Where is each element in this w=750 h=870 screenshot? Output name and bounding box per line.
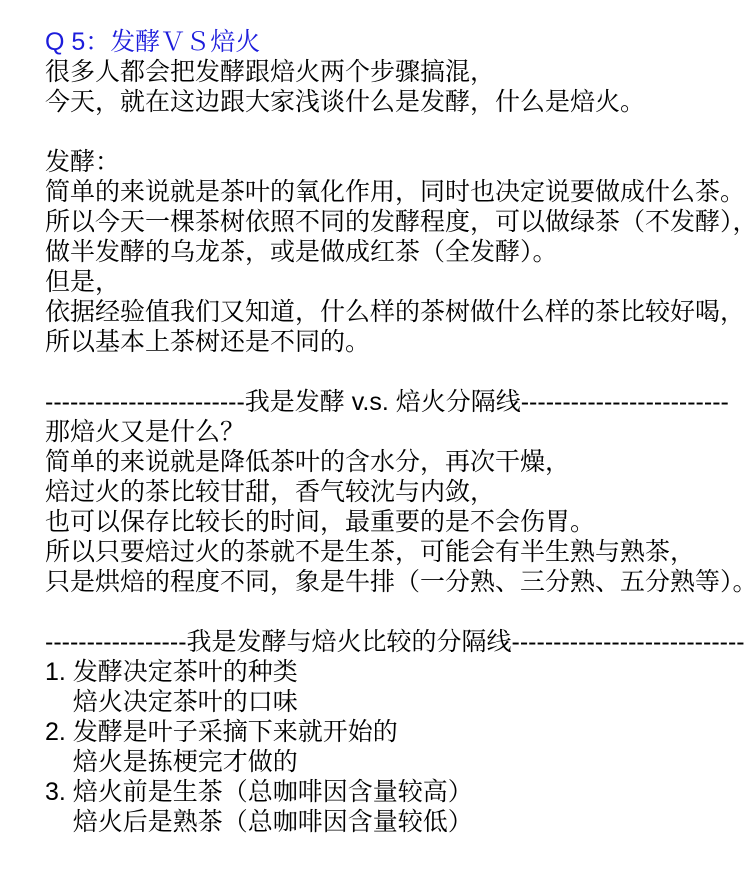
list-item-continuation: 焙火决定茶叶的口味: [45, 687, 746, 717]
list-item-continuation: 焙火后是熟茶（总咖啡因含量较低）: [45, 807, 746, 837]
list-item: 3. 焙火前是生茶（总咖啡因含量较高）: [45, 777, 746, 807]
question-title: Q 5：发酵ＶＳ焙火: [45, 27, 746, 57]
body-line: 焙过火的茶比较甘甜，香气较沈与内敛，: [45, 477, 746, 507]
spacer: [45, 597, 746, 627]
spacer: [45, 117, 746, 147]
body-line: 简单的来说就是降低茶叶的含水分，再次干燥，: [45, 447, 746, 477]
body-line: 做半发酵的乌龙茶，或是做成红茶（全发酵）。: [45, 237, 746, 267]
body-line: 也可以保存比较长的时间，最重要的是不会伤胃。: [45, 507, 746, 537]
body-line: 只是烘焙的程度不同，象是牛排（一分熟、三分熟、五分熟等）。: [45, 567, 746, 597]
body-line: 那焙火又是什么？: [45, 417, 746, 447]
body-line: 依据经验值我们又知道，什么样的茶树做什么样的茶比较好喝，: [45, 297, 746, 327]
body-line: 所以只要焙过火的茶就不是生茶，可能会有半生熟与熟茶，: [45, 537, 746, 567]
fermentation-heading: 发酵：: [45, 147, 746, 177]
list-item: 2. 发酵是叶子采摘下来就开始的: [45, 717, 746, 747]
body-line: 所以基本上茶树还是不同的。: [45, 327, 746, 357]
article: Q 5：发酵ＶＳ焙火 很多人都会把发酵跟焙火两个步骤搞混， 今天，就在这边跟大家…: [0, 0, 750, 870]
divider-comparison: -----------------我是发酵与焙火比较的分隔线----------…: [45, 627, 746, 657]
spacer: [45, 357, 746, 387]
list-item-continuation: 焙火是拣梗完才做的: [45, 747, 746, 777]
intro-line: 很多人都会把发酵跟焙火两个步骤搞混，: [45, 57, 746, 87]
body-line: 简单的来说就是茶叶的氧化作用，同时也决定说要做成什么茶。: [45, 177, 746, 207]
divider-fermentation-vs-roasting: ------------------------我是发酵 v.s. 焙火分隔线-…: [45, 387, 746, 417]
intro-line: 今天，就在这边跟大家浅谈什么是发酵，什么是焙火。: [45, 87, 746, 117]
body-line: 但是，: [45, 267, 746, 297]
body-line: 所以今天一棵茶树依照不同的发酵程度，可以做绿茶（不发酵），: [45, 207, 746, 237]
list-item: 1. 发酵决定茶叶的种类: [45, 657, 746, 687]
